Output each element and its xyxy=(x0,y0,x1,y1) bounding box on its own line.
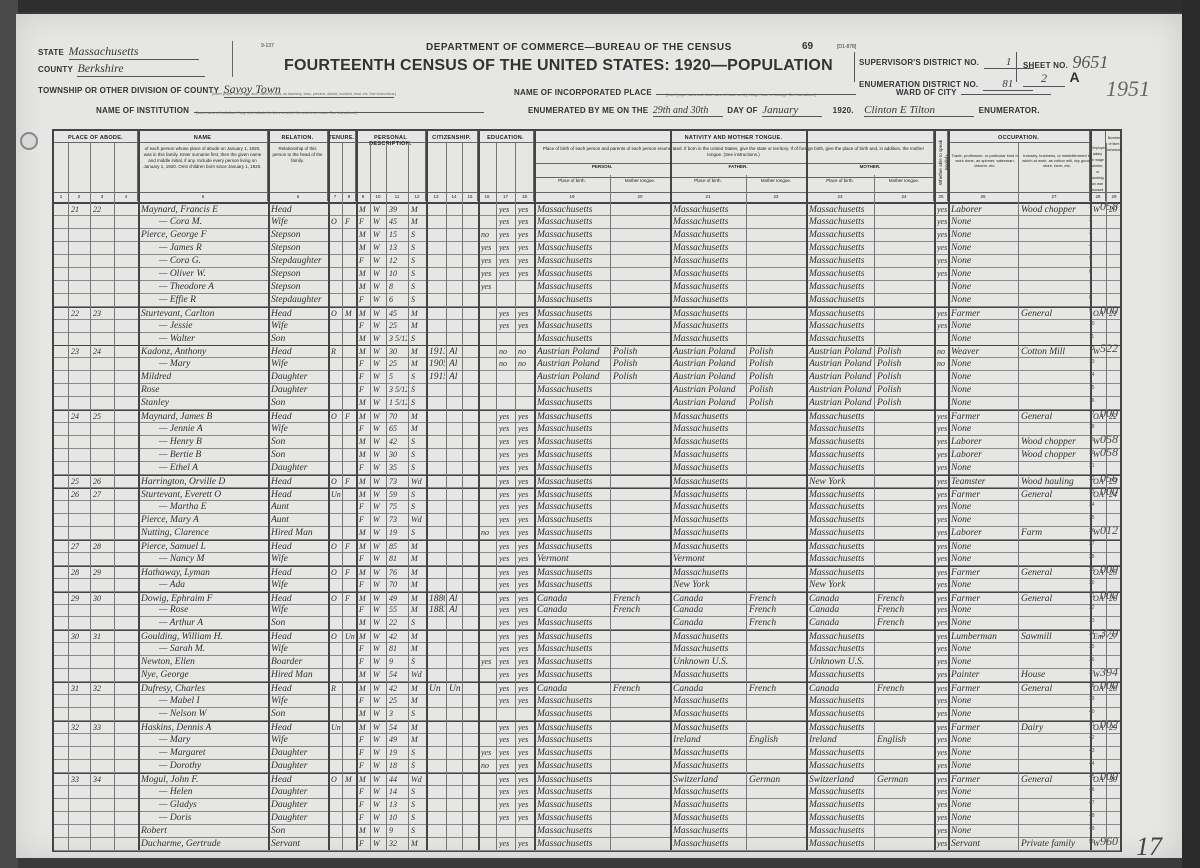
line-number: 36 xyxy=(1089,657,1099,663)
cell-father-birth: Austrian Poland xyxy=(673,346,745,358)
cell-trade: None xyxy=(951,579,1017,591)
cell-race: W xyxy=(373,371,385,383)
header-name: NAME of each person whose place of abode… xyxy=(138,131,268,201)
cell-own: O xyxy=(331,411,341,423)
cell-father-birth: Massachusetts xyxy=(673,643,745,655)
cell-race: W xyxy=(373,722,385,734)
cell-write: yes xyxy=(518,579,533,591)
cell-trade: None xyxy=(951,242,1017,254)
cell-read: yes xyxy=(499,760,514,772)
cell-write: yes xyxy=(518,617,533,629)
cell-age: 13 xyxy=(389,242,407,254)
cell-trade: None xyxy=(951,786,1017,798)
cell-father-birth: Massachusetts xyxy=(673,838,745,850)
cell-age: 45 xyxy=(389,216,407,228)
cell-marital: M xyxy=(411,358,425,370)
cell-name: Mogul, John F. xyxy=(141,774,267,786)
column-divider xyxy=(370,143,371,850)
cell-dwelling: 32 xyxy=(71,722,89,734)
table-row: Pierce, Mary AAuntFW73WdyesyesMassachuse… xyxy=(54,514,1120,527)
table-row: 2223Sturtevant, CarltonHeadOMMW45Myesyes… xyxy=(54,307,1120,320)
cell-english: yes xyxy=(937,527,947,539)
cell-marital: M xyxy=(411,346,425,358)
column-number: 13 xyxy=(426,194,446,199)
cell-father-birth: Massachusetts xyxy=(673,462,745,474)
cell-mother-birth: Massachusetts xyxy=(809,489,873,501)
margin-code: 012 xyxy=(1100,523,1118,538)
cell-nat: Un xyxy=(449,683,461,695)
cell-write: yes xyxy=(518,604,533,616)
cell-relation: Hired Man xyxy=(271,669,327,681)
cell-sex: M xyxy=(359,346,369,358)
cell-trade: Lumberman xyxy=(951,631,1017,643)
cell-mother-birth: Massachusetts xyxy=(809,333,873,345)
cell-mother-birth: Massachusetts xyxy=(809,462,873,474)
cell-age: 39 xyxy=(389,204,407,216)
line-number: 6 xyxy=(1089,269,1099,275)
cell-mother-birth: Massachusetts xyxy=(809,643,873,655)
cell-mother-birth: Canada xyxy=(809,604,873,616)
cell-father-birth: Massachusetts xyxy=(673,320,745,332)
header-citizenship: CITIZENSHIP. xyxy=(426,131,478,201)
column-divider xyxy=(426,131,428,850)
cell-age: 30 xyxy=(389,346,407,358)
line-number: 15 xyxy=(1089,385,1099,391)
cell-family: 31 xyxy=(93,631,113,643)
cell-marital: S xyxy=(411,294,425,306)
cell-age: 65 xyxy=(389,423,407,435)
cell-read: yes xyxy=(499,734,514,746)
cell-relation: Daughter xyxy=(271,371,327,383)
column-divider xyxy=(1018,143,1019,850)
footer-note: 17 xyxy=(1136,832,1162,862)
table-row: — MaryWifeFW49MyesyesMassachusettsIrelan… xyxy=(54,734,1120,747)
cell-write: yes xyxy=(518,216,533,228)
cell-sex: M xyxy=(359,567,369,579)
cell-mother-birth: Massachusetts xyxy=(809,799,873,811)
cell-name: — Walter xyxy=(141,333,285,345)
cell-age: 32 xyxy=(389,838,407,850)
cell-race: W xyxy=(373,216,385,228)
cell-marital: M xyxy=(411,320,425,332)
table-row: — AdaWifeFW70MyesyesMassachusettsNew Yor… xyxy=(54,579,1120,592)
cell-trade: None xyxy=(951,371,1017,383)
cell-write: yes xyxy=(518,308,533,320)
subheader-father: FATHER. xyxy=(670,163,806,169)
cell-write: yes xyxy=(518,553,533,565)
cell-race: W xyxy=(373,397,385,409)
cell-english: yes xyxy=(937,774,947,786)
column-divider xyxy=(610,175,611,850)
cell-race: W xyxy=(373,617,385,629)
cell-father-birth: Massachusetts xyxy=(673,242,745,254)
cell-english: yes xyxy=(937,695,947,707)
cell-race: W xyxy=(373,255,385,267)
margin-code: 000 xyxy=(1100,562,1118,577)
cell-write: yes xyxy=(518,541,533,553)
cell-family: 33 xyxy=(93,722,113,734)
cell-birth: Massachusetts xyxy=(537,722,609,734)
cell-read: yes xyxy=(499,411,514,423)
cell-sex: F xyxy=(359,760,369,772)
cell-father-tongue: Polish xyxy=(749,371,805,383)
cell-english: yes xyxy=(937,669,947,681)
cell-relation: Head xyxy=(271,722,327,734)
line-number: 46 xyxy=(1089,787,1099,793)
column-divider xyxy=(342,143,343,850)
cell-trade: Farmer xyxy=(951,722,1017,734)
cell-name: Hathaway, Lyman xyxy=(141,567,267,579)
cell-nat: Al xyxy=(449,371,461,383)
cell-mother-tongue: Polish xyxy=(877,358,933,370)
cell-sex: F xyxy=(359,812,369,824)
cell-birth: Massachusetts xyxy=(537,567,609,579)
cell-write: yes xyxy=(518,786,533,798)
cell-age: 59 xyxy=(389,489,407,501)
cell-age: 8 xyxy=(389,281,407,293)
cell-race: W xyxy=(373,268,385,280)
cell-marital: S xyxy=(411,812,425,824)
incorporated-place-field: NAME OF INCORPORATED PLACE xyxy=(514,82,856,100)
cell-father-birth: Austrian Poland xyxy=(673,358,745,370)
margin-stamp: 1951 xyxy=(1106,76,1150,102)
cell-read: yes xyxy=(499,476,514,488)
line-number: 16 xyxy=(1089,398,1099,404)
cell-name: Haskins, Dennis A xyxy=(141,722,267,734)
cell-marital: M xyxy=(411,308,425,320)
cell-write: yes xyxy=(518,527,533,539)
cell-father-tongue: Polish xyxy=(749,358,805,370)
cell-age: 19 xyxy=(389,747,407,759)
cell-mother-birth: Massachusetts xyxy=(809,501,873,513)
cell-mortgage: M xyxy=(345,774,355,786)
cell-school: yes xyxy=(481,268,495,280)
cell-mother-tongue: French xyxy=(877,617,933,629)
cell-write: yes xyxy=(518,489,533,501)
cell-relation: Head xyxy=(271,204,327,216)
cell-sex: F xyxy=(359,501,369,513)
cell-marital: M xyxy=(411,579,425,591)
cell-trade: None xyxy=(951,708,1017,720)
cell-name: — Gladys xyxy=(141,799,285,811)
cell-birth: Massachusetts xyxy=(537,669,609,681)
cell-name: — Mabel I xyxy=(141,695,285,707)
cell-sex: M xyxy=(359,617,369,629)
cell-english: yes xyxy=(937,825,947,837)
cell-mother-birth: Massachusetts xyxy=(809,514,873,526)
cell-father-birth: Massachusetts xyxy=(673,722,745,734)
cell-sex: M xyxy=(359,268,369,280)
cell-mother-birth: Massachusetts xyxy=(809,695,873,707)
cell-mother-birth: Massachusetts xyxy=(809,631,873,643)
cell-industry: Wood chopper xyxy=(1021,449,1089,461)
line-number: 34 xyxy=(1089,631,1099,637)
cell-sex: M xyxy=(359,411,369,423)
cell-write: yes xyxy=(518,255,533,267)
cell-father-birth: Massachusetts xyxy=(673,514,745,526)
line-number: 50 xyxy=(1089,839,1099,845)
cell-mother-birth: Switzerland xyxy=(809,774,873,786)
form-number: 9-137 xyxy=(261,43,274,49)
cell-age: 15 xyxy=(389,229,407,241)
cell-mother-tongue: Polish xyxy=(877,384,933,396)
cell-father-birth: Switzerland xyxy=(673,774,745,786)
cell-relation: Son xyxy=(271,397,327,409)
cell-race: W xyxy=(373,411,385,423)
table-row: — Ethel ADaughterFW35SyesyesMassachusett… xyxy=(54,462,1120,475)
cell-age: 25 xyxy=(389,358,407,370)
line-number: 26 xyxy=(1089,528,1099,534)
column-number: 10 xyxy=(370,194,386,199)
cell-relation: Stepdaughter xyxy=(271,255,327,267)
table-row: — Effie RStepdaughterFW6SMassachusettsMa… xyxy=(54,294,1120,307)
cell-read: yes xyxy=(499,423,514,435)
cell-marital: Wd xyxy=(411,514,425,526)
cell-trade: Servant xyxy=(951,838,1017,850)
cell-relation: Daughter xyxy=(271,786,327,798)
cell-birth: Austrian Poland xyxy=(537,358,609,370)
cell-birth: Massachusetts xyxy=(537,320,609,332)
cell-industry: General xyxy=(1021,411,1089,423)
cell-mother-tongue: Polish xyxy=(877,346,933,358)
cell-read: yes xyxy=(499,669,514,681)
cell-sex: F xyxy=(359,579,369,591)
line-number: 42 xyxy=(1089,735,1099,741)
cell-relation: Son xyxy=(271,333,327,345)
subheader-person: PERSON. xyxy=(534,163,670,169)
enumerator-name: Clinton E Tilton xyxy=(864,104,974,117)
column-number: 8 xyxy=(342,194,356,199)
cell-write: yes xyxy=(518,643,533,655)
cell-birth: Massachusetts xyxy=(537,476,609,488)
cell-trade: None xyxy=(951,514,1017,526)
cell-father-tongue: Polish xyxy=(749,397,805,409)
cell-nat: Al xyxy=(449,358,461,370)
cell-mother-birth: Austrian Poland xyxy=(809,358,873,370)
cell-english: yes xyxy=(937,501,947,513)
cell-mother-birth: Massachusetts xyxy=(809,553,873,565)
column-divider xyxy=(534,131,536,850)
table-row: Newton, EllenBoarderFW9SyesyesyesMassach… xyxy=(54,656,1120,669)
cell-marital: S xyxy=(411,268,425,280)
cell-relation: Son xyxy=(271,825,327,837)
column-number: 3 xyxy=(90,194,114,199)
cell-trade: Farmer xyxy=(951,593,1017,605)
cell-write: no xyxy=(518,358,533,370)
cell-father-birth: Massachusetts xyxy=(673,695,745,707)
cell-father-birth: Massachusetts xyxy=(673,476,745,488)
margin-code: 000 xyxy=(1100,484,1118,499)
table-row: StanleySonMW1 5/12SMassachusettsAustrian… xyxy=(54,397,1120,410)
line-number: 32 xyxy=(1089,605,1099,611)
cell-birth: Massachusetts xyxy=(537,656,609,668)
column-divider xyxy=(874,175,875,850)
cell-race: W xyxy=(373,604,385,616)
cell-industry: House xyxy=(1021,669,1089,681)
cell-birth: Massachusetts xyxy=(537,449,609,461)
cell-tongue: French xyxy=(613,593,669,605)
cell-marital: S xyxy=(411,436,425,448)
cell-industry: Farm xyxy=(1021,527,1089,539)
cell-relation: Boarder xyxy=(271,656,327,668)
cell-english: yes xyxy=(937,604,947,616)
margin-code: 522 xyxy=(1100,341,1118,356)
cell-mother-birth: Massachusetts xyxy=(809,216,873,228)
enumerated-field: ENUMERATED BY ME ON THE 29th and 30th DA… xyxy=(528,100,1040,118)
cell-trade: None xyxy=(951,799,1017,811)
cell-birth: Massachusetts xyxy=(537,631,609,643)
cell-sex: M xyxy=(359,774,369,786)
cell-father-birth: Massachusetts xyxy=(673,786,745,798)
cell-school: yes xyxy=(481,281,495,293)
cell-race: W xyxy=(373,346,385,358)
table-row: — Theodore AStepsonMW8SyesMassachusettsM… xyxy=(54,281,1120,294)
cell-own: O xyxy=(331,308,341,320)
cell-mother-birth: Massachusetts xyxy=(809,527,873,539)
cell-own: O xyxy=(331,631,341,643)
cell-father-birth: Massachusetts xyxy=(673,799,745,811)
line-number: 3 xyxy=(1089,230,1099,236)
cell-relation: Hired Man xyxy=(271,527,327,539)
cell-marital: M xyxy=(411,553,425,565)
cell-write: yes xyxy=(518,734,533,746)
cell-trade: None xyxy=(951,734,1017,746)
cell-father-birth: New York xyxy=(673,579,745,591)
cell-birth: Massachusetts xyxy=(537,308,609,320)
cell-dwelling: 25 xyxy=(71,476,89,488)
cell-birth: Massachusetts xyxy=(537,268,609,280)
column-number: 7 xyxy=(328,194,342,199)
cell-race: W xyxy=(373,683,385,695)
cell-father-birth: Massachusetts xyxy=(673,489,745,501)
cell-father-birth: Massachusetts xyxy=(673,760,745,772)
cell-birth: Massachusetts xyxy=(537,411,609,423)
cell-marital: S xyxy=(411,229,425,241)
line-number: 45 xyxy=(1089,774,1099,780)
table-row: — Bertie BSonMW30SyesyesMassachusettsMas… xyxy=(54,449,1120,462)
margin-code: 370 xyxy=(1100,626,1118,641)
column-number: 21 xyxy=(670,194,746,199)
cell-father-birth: Austrian Poland xyxy=(673,397,745,409)
cell-name: Dufresy, Charles xyxy=(141,683,267,695)
table-row: 3031Goulding, William H.HeadOUnMW42Myesy… xyxy=(54,630,1120,643)
line-number: 24 xyxy=(1089,502,1099,508)
cell-marital: S xyxy=(411,786,425,798)
cell-father-birth: Massachusetts xyxy=(673,812,745,824)
cell-own: O xyxy=(331,593,341,605)
cell-race: W xyxy=(373,553,385,565)
cell-name: Mildred xyxy=(141,371,267,383)
cell-name: Kadonz, Anthony xyxy=(141,346,267,358)
cell-age: 25 xyxy=(389,695,407,707)
cell-industry: Cotton Mill xyxy=(1021,346,1089,358)
cell-name: — Jessie xyxy=(141,320,285,332)
cell-relation: Daughter xyxy=(271,812,327,824)
column-divider xyxy=(386,143,387,850)
cell-family: 23 xyxy=(93,308,113,320)
enumerated-month: January xyxy=(762,104,822,117)
cell-marital: M xyxy=(411,683,425,695)
cell-father-birth: Massachusetts xyxy=(673,423,745,435)
cell-age: 85 xyxy=(389,541,407,553)
header-relation: RELATION. Relationship of this person to… xyxy=(268,131,328,201)
cell-sex: F xyxy=(359,695,369,707)
cell-sex: M xyxy=(359,281,369,293)
cell-age: 25 xyxy=(389,320,407,332)
cell-english: yes xyxy=(937,216,947,228)
cell-age: 6 xyxy=(389,294,407,306)
cell-marital: M xyxy=(411,734,425,746)
cell-trade: None xyxy=(951,281,1017,293)
table-row: — Nancy MWifeFW81MyesyesVermontVermontMa… xyxy=(54,553,1120,566)
sheet-side: A xyxy=(1069,69,1079,85)
cell-read: yes xyxy=(499,308,514,320)
cell-marital: M xyxy=(411,423,425,435)
cell-english: yes xyxy=(937,553,947,565)
scan-border-top xyxy=(0,0,1200,12)
cell-birth: Massachusetts xyxy=(537,708,609,720)
cell-write: yes xyxy=(518,669,533,681)
cell-industry: General xyxy=(1021,489,1089,501)
cell-race: W xyxy=(373,489,385,501)
cell-father-tongue: Polish xyxy=(749,346,805,358)
cell-age: 81 xyxy=(389,553,407,565)
cell-sex: M xyxy=(359,527,369,539)
table-row: 2627Sturtevant, Everett OHeadUnMW59Syesy… xyxy=(54,488,1120,501)
column-divider xyxy=(446,143,447,850)
cell-write: yes xyxy=(518,593,533,605)
cell-relation: Head xyxy=(271,567,327,579)
cell-relation: Son xyxy=(271,708,327,720)
column-number: 9 xyxy=(356,194,370,199)
cell-trade: None xyxy=(951,812,1017,824)
cell-relation: Wife xyxy=(271,423,327,435)
cell-name: — Arthur A xyxy=(141,617,285,629)
table-row: — HelenDaughterFW14SyesyesMassachusettsM… xyxy=(54,786,1120,799)
cell-read: yes xyxy=(499,541,514,553)
cell-name: — Rose xyxy=(141,604,285,616)
cell-read: yes xyxy=(499,553,514,565)
table-row: 3233Haskins, Dennis AHeadUnMW54MyesyesMa… xyxy=(54,721,1120,734)
cell-mother-birth: Massachusetts xyxy=(809,449,873,461)
cell-marital: S xyxy=(411,760,425,772)
table-row: — James RStepsonMW13SyesyesyesMassachuse… xyxy=(54,242,1120,255)
table-row: — Cora M.WifeOFFW45MyesyesMassachusettsM… xyxy=(54,216,1120,229)
cell-dwelling: 23 xyxy=(71,346,89,358)
cell-marital: S xyxy=(411,384,425,396)
cell-father-birth: Massachusetts xyxy=(673,567,745,579)
column-divider xyxy=(478,131,480,850)
cell-birth: Massachusetts xyxy=(537,384,609,396)
cell-industry: General xyxy=(1021,308,1089,320)
cell-father-birth: Vermont xyxy=(673,553,745,565)
column-number: 19 xyxy=(534,194,610,199)
cell-marital: M xyxy=(411,695,425,707)
cell-trade: None xyxy=(951,501,1017,513)
cell-age: 54 xyxy=(389,722,407,734)
cell-dwelling: 24 xyxy=(71,411,89,423)
column-divider xyxy=(496,143,497,850)
cell-mother-birth: Massachusetts xyxy=(809,708,873,720)
cell-name: Sturtevant, Everett O xyxy=(141,489,267,501)
column-number: 16 xyxy=(478,194,496,199)
table-row: — Martha EAuntFW75SyesyesMassachusettsMa… xyxy=(54,501,1120,514)
cell-father-birth: Massachusetts xyxy=(673,541,745,553)
cell-trade: Farmer xyxy=(951,308,1017,320)
cell-english: yes xyxy=(937,514,947,526)
cell-read: yes xyxy=(499,593,514,605)
cell-trade: Farmer xyxy=(951,774,1017,786)
